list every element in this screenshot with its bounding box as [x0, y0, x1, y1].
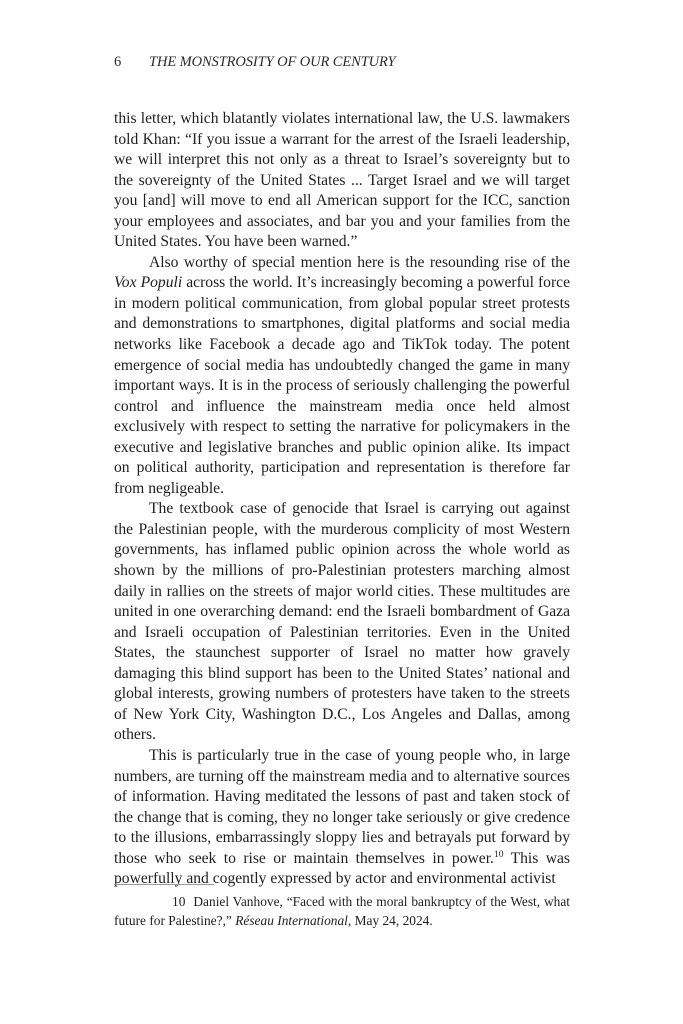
footnote-10: 10Daniel Vanhove, “Faced with the moral … [114, 892, 570, 930]
footnotes: 10Daniel Vanhove, “Faced with the moral … [114, 892, 570, 930]
paragraph-2-intro: Also worthy of special mention here is t… [149, 254, 570, 271]
running-head: 6THE MONSTROSITY OF OUR CENTURY [114, 52, 396, 72]
body-text: this letter, which blatantly violates in… [114, 109, 570, 890]
footnote-date: May 24, 2024. [351, 913, 432, 928]
footnote-source-title: Réseau International, [235, 913, 351, 928]
paragraph-3: The textbook case of genocide that Israe… [114, 499, 570, 746]
paragraph-2-italic-term: Vox Populi [114, 274, 182, 291]
page-number: 6 [114, 52, 149, 72]
running-head-title: THE MONSTROSITY OF OUR CENTURY [149, 54, 396, 70]
paragraph-2: Also worthy of special mention here is t… [114, 253, 570, 500]
footnote-number: 10 [143, 892, 185, 911]
paragraph-1: this letter, which blatantly violates in… [114, 109, 570, 253]
paragraph-4: This is particularly true in the case of… [114, 746, 570, 890]
paragraph-2-rest: across the world. It’s increasingly beco… [114, 274, 570, 496]
footnote-separator [114, 884, 214, 885]
